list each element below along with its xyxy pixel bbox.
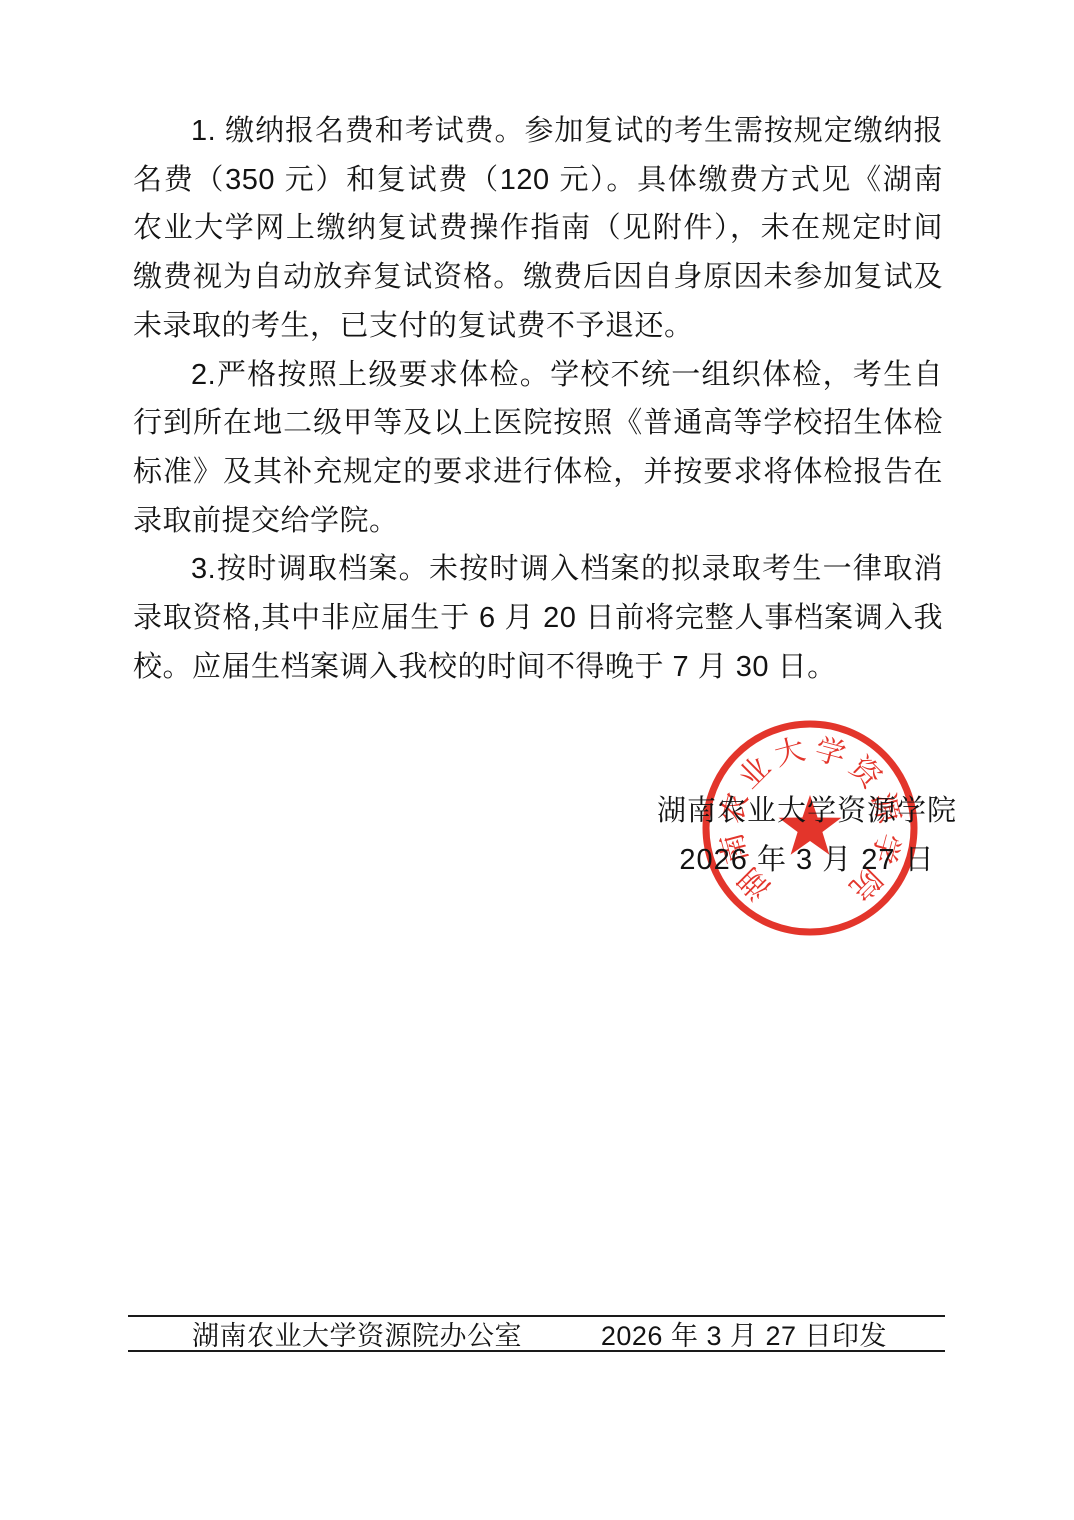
svg-text:学: 学 bbox=[811, 733, 849, 773]
signature-block: 湖南农业大学资源学院 2026 年 3 月 27 日 bbox=[557, 787, 1057, 884]
body-paragraph-1: 1. 缴纳报名费和考试费。参加复试的考生需按规定缴纳报名费（350 元）和复试费… bbox=[133, 107, 943, 351]
body-paragraph-3: 3.按时调取档案。未按时调入档案的拟录取考生一律取消录取资格,其中非应届生于 6… bbox=[133, 545, 943, 691]
document-body: 1. 缴纳报名费和考试费。参加复试的考生需按规定缴纳报名费（350 元）和复试费… bbox=[133, 107, 943, 691]
signature-date: 2026 年 3 月 27 日 bbox=[557, 836, 1057, 885]
signature-org: 湖南农业大学资源学院 bbox=[557, 787, 1057, 836]
footer-print-date: 2026 年 3 月 27 日印发 bbox=[601, 1314, 887, 1353]
footer: 湖南农业大学资源院办公室 2026 年 3 月 27 日印发 bbox=[128, 1315, 945, 1352]
footer-office: 湖南农业大学资源院办公室 bbox=[192, 1314, 522, 1353]
document-page: 1. 缴纳报名费和考试费。参加复试的考生需按规定缴纳报名费（350 元）和复试费… bbox=[0, 0, 1074, 1520]
body-paragraph-2: 2.严格按照上级要求体检。学校不统一组织体检，考生自行到所在地二级甲等及以上医院… bbox=[133, 351, 943, 546]
svg-text:大: 大 bbox=[771, 733, 809, 773]
